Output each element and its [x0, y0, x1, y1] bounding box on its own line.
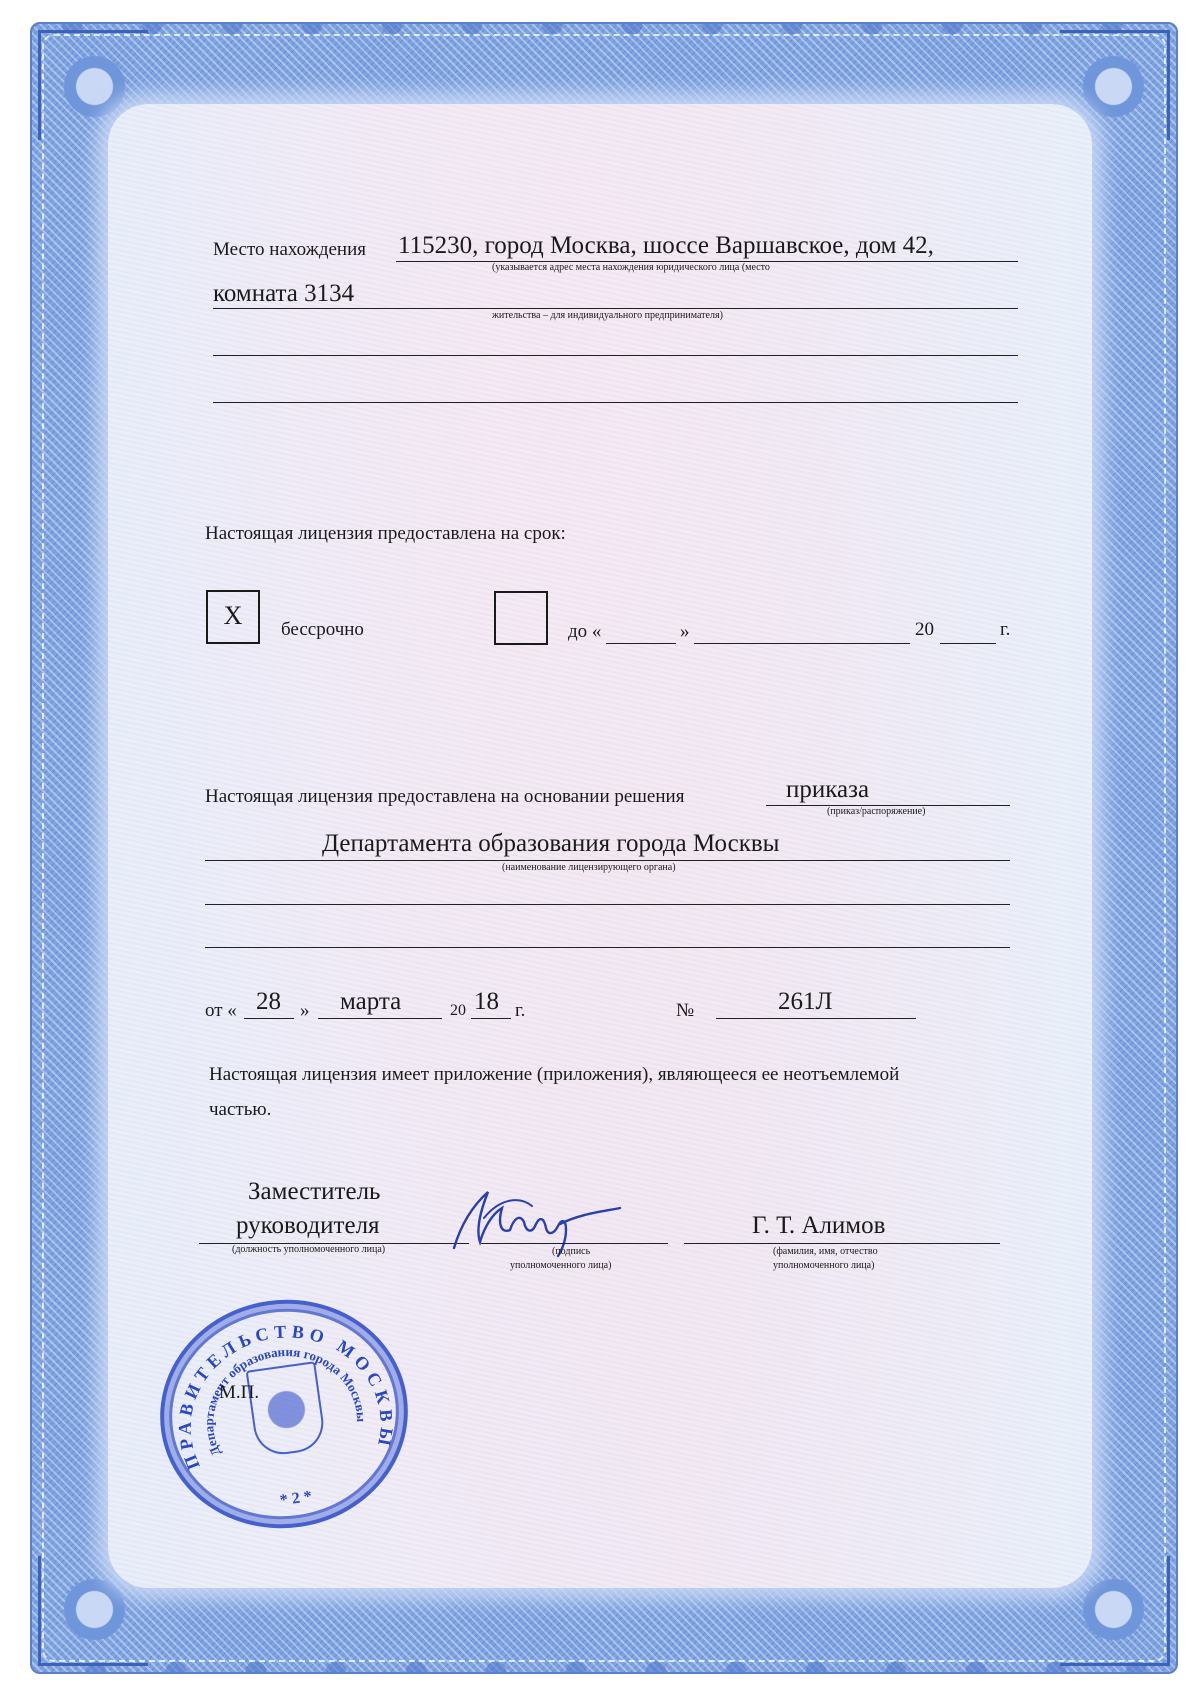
- until-month-line: [694, 643, 910, 644]
- licensing-authority: Департамента образования города Москвы: [322, 830, 779, 858]
- name-underline: [684, 1243, 1000, 1244]
- decision-type-hint: (приказ/распоряжение): [827, 806, 925, 817]
- until-prefix: до «: [568, 621, 601, 643]
- order-year: 18: [474, 988, 499, 1016]
- stamp-place-label: М.П.: [219, 1382, 259, 1404]
- blank-line: [205, 947, 1010, 948]
- order-month: марта: [340, 988, 401, 1016]
- address-underline-2: [213, 308, 1018, 309]
- order-number-line: [716, 1018, 916, 1019]
- official-stamp: ПРАВИТЕЛЬСТВО МОСКВЫ Департамент образов…: [145, 1284, 422, 1544]
- until-quote-close: »: [680, 621, 690, 643]
- name-hint-line-2: уполномоченного лица): [773, 1260, 874, 1271]
- blank-line: [213, 402, 1018, 403]
- location-label: Место нахождения: [213, 239, 366, 261]
- decision-type: приказа: [786, 776, 869, 804]
- address-hint-2: жительства – для индивидуального предпри…: [492, 310, 723, 321]
- signatory-position-line-2: руководителя: [236, 1212, 380, 1240]
- address-hint-1: (указывается адрес места нахождения юрид…: [492, 262, 770, 273]
- until-day-line: [606, 643, 676, 644]
- border-scallop-bottom: [32, 1632, 1176, 1672]
- order-from-prefix: от «: [205, 1000, 237, 1022]
- until-year-prefix: 20: [915, 619, 934, 641]
- order-day: 28: [256, 988, 281, 1016]
- until-date-checkbox[interactable]: [494, 591, 548, 645]
- blank-line: [213, 355, 1018, 356]
- basis-label: Настоящая лицензия предоставлена на осно…: [205, 786, 684, 808]
- blank-line: [205, 904, 1010, 905]
- indefinite-label: бессрочно: [281, 619, 364, 641]
- order-month-line: [318, 1018, 442, 1019]
- until-year-suffix: г.: [1000, 619, 1010, 641]
- order-year-line: [471, 1018, 511, 1019]
- address-line-1: 115230, город Москва, шоссе Варшавское, …: [398, 232, 934, 260]
- stamp-bottom-text: * 2 *: [279, 1488, 313, 1509]
- order-year-suffix: г.: [515, 1000, 525, 1022]
- appendix-note-line-2: частью.: [209, 1099, 271, 1121]
- name-hint-line-1: (фамилия, имя, отчество: [773, 1246, 878, 1257]
- border-scallop-top: [32, 24, 1176, 64]
- position-hint: (должность уполномоченного лица): [232, 1244, 385, 1255]
- order-number-sign: №: [676, 1000, 694, 1022]
- order-quote-close: »: [300, 1000, 310, 1022]
- until-year-line: [940, 643, 996, 644]
- order-number: 261Л: [778, 988, 832, 1016]
- authority-hint: (наименование лицензирующего органа): [502, 862, 676, 873]
- appendix-note-line-1: Настоящая лицензия имеет приложение (при…: [209, 1064, 899, 1086]
- signature-underline: [481, 1243, 668, 1244]
- signatory-position-line-1: Заместитель: [248, 1178, 380, 1206]
- signature-hint-line-2: уполномоченного лица): [510, 1260, 611, 1271]
- order-day-line: [244, 1018, 294, 1019]
- indefinite-checkbox[interactable]: X: [206, 590, 260, 644]
- authority-underline: [205, 860, 1010, 861]
- order-year-prefix: 20: [450, 1002, 466, 1020]
- term-heading: Настоящая лицензия предоставлена на срок…: [205, 523, 566, 545]
- signatory-name: Г. Т. Алимов: [752, 1212, 885, 1240]
- signature-hint-line-1: (подпись: [552, 1246, 590, 1257]
- address-line-2: комната 3134: [213, 280, 354, 308]
